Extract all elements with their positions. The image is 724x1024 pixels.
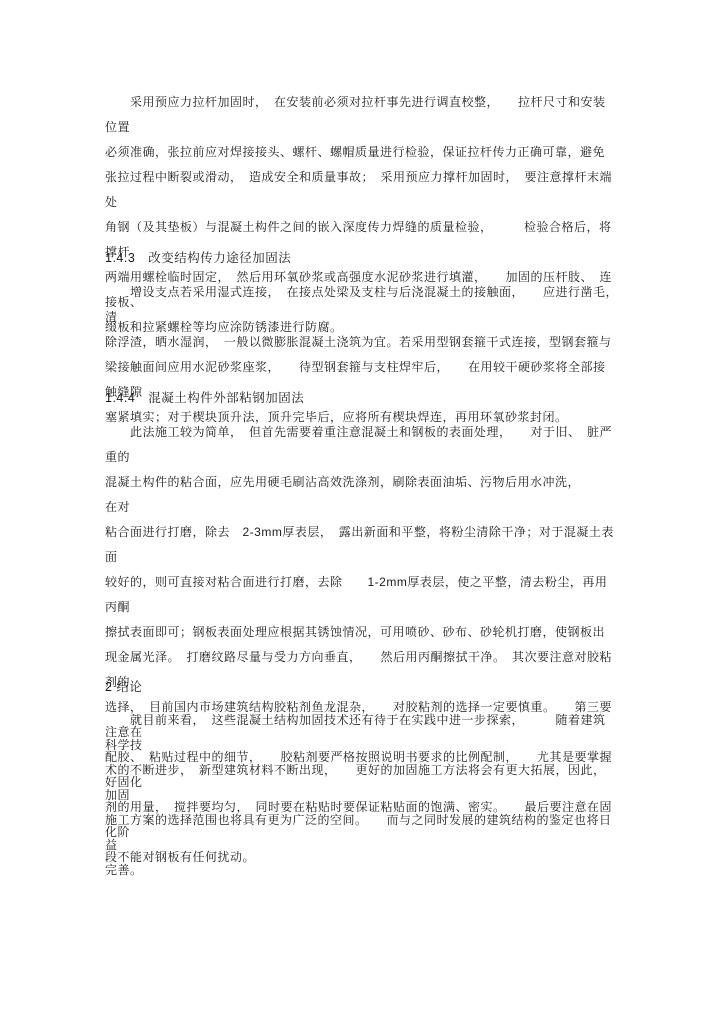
text-line: 术的不断进步， 新型建筑材料不断出现， 更好的加固施工方法将会有更大拓展，因此，… (105, 758, 617, 808)
text-line: 施工方案的选择范围也将具有更为广泛的空间。 而与之同时发展的建筑结构的鉴定也将日… (105, 808, 617, 858)
text-line: 张拉过程中断裂或滑动， 造成安全和质量事故； 采用预应力撑杆加固时， 要注意撑杆… (105, 165, 617, 215)
document-page: 采用预应力拉杆加固时， 在安装前必须对拉杆事先进行调直校整， 拉杆尺寸和安装位置… (0, 0, 724, 1024)
text-line: 此法施工较为简单， 但首先需要着重注意混凝土和钢板的表面处理， 对于旧、 脏严重… (105, 420, 617, 470)
text-line: 除浮渣，晒水湿润， 一般以微膨胀混凝土浇筑为宜。若采用型钢套箍干式连接，型钢套箍… (105, 330, 617, 355)
text-line: 混凝土构件的粘合面，应先用硬毛刷沾高效洗涤剂，刷除表面油垢、污物后用水冲洗， 在… (105, 470, 617, 520)
text-line: 增设支点若采用湿式连接， 在接点处梁及支柱与后浇混凝土的接触面， 应进行凿毛， … (105, 280, 617, 330)
section-heading-1-4-4: 1.4.4 混凝土构件外部粘钢加固法 (105, 386, 617, 411)
text-line: 采用预应力拉杆加固时， 在安装前必须对拉杆事先进行调直校整， 拉杆尺寸和安装位置 (105, 90, 617, 140)
text-line: 就目前来看， 这些混凝土结构加固技术还有待于在实践中进一步探索， 随着建筑科学技 (105, 708, 617, 758)
text-line: 必须准确，张拉前应对焊接接头、螺杆、螺帽质量进行检验，保证拉杆传力正确可靠，避免 (105, 140, 617, 165)
text-line: 擦拭表面即可；钢板表面处理应根据其锈蚀情况，可用喷砂、砂布、砂轮机打磨，使钢板出 (105, 620, 617, 645)
text-line: 粘合面进行打磨，除去 2-3mm厚表层， 露出新面和平整，将粉尘清除干净；对于混… (105, 520, 617, 570)
text-line: 完善。 (105, 858, 617, 883)
section-heading-1-4-3: 1.4.3 改变结构传力途径加固法 (105, 246, 617, 271)
section-heading-conclusion: 2 结论 (105, 675, 617, 700)
text-line: 较好的，则可直接对粘合面进行打磨，去除 1-2mm厚表层，使之平整，清去粉尘，再… (105, 570, 617, 620)
paragraph-conclusion: 就目前来看， 这些混凝土结构加固技术还有待于在实践中进一步探索， 随着建筑科学技… (105, 708, 617, 883)
